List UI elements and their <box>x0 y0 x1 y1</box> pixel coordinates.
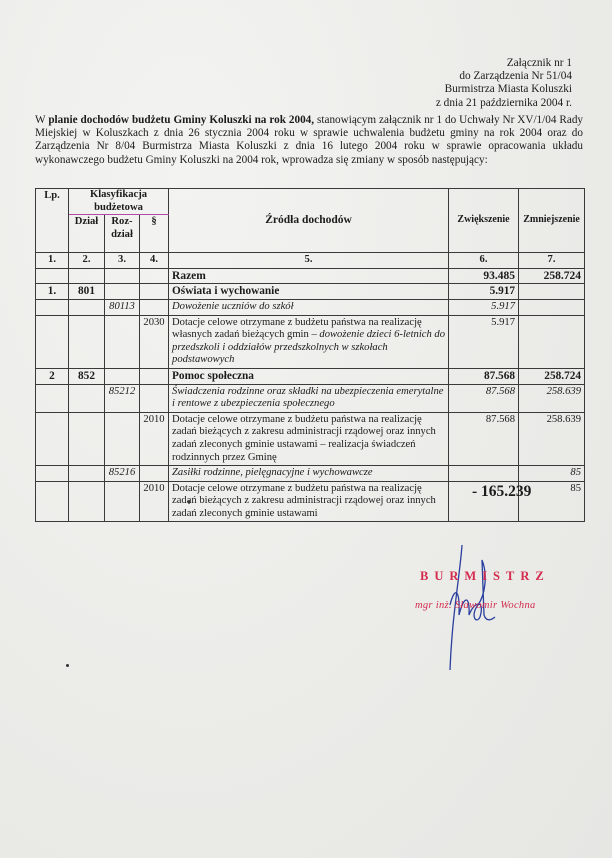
cell-dzial <box>69 384 105 412</box>
cell-lp: 2 <box>36 368 69 384</box>
scan-speck <box>66 664 69 667</box>
cell-rozdzial <box>105 481 140 522</box>
attachment-line-3: Burmistrza Miasta Koluszki <box>436 83 572 96</box>
cell-dzial: 801 <box>69 284 105 300</box>
cell-zmniejszenie <box>519 315 585 368</box>
cell-lp <box>36 412 69 465</box>
table-row-subsection: 85212Świadczenia rodzinne oraz składki n… <box>36 384 585 412</box>
cell-lp <box>36 384 69 412</box>
total-row: Razem 93.485 258.724 <box>36 268 585 284</box>
table-row-subsection: 80113Dowożenie uczniów do szkół5.917 <box>36 299 585 315</box>
cell-zwiekszenie: 5.917 <box>449 315 519 368</box>
stamp-title: BURMISTRZ <box>420 569 550 584</box>
table-row-section: 2852Pomoc społeczna87.568258.724 <box>36 368 585 384</box>
cell-dzial <box>69 466 105 482</box>
header-lp: Lp. <box>36 189 69 253</box>
cell-zwiekszenie: 87.568 <box>449 368 519 384</box>
cell-rozdzial: 85216 <box>105 466 140 482</box>
header-zrodla: Źródła dochodów <box>169 189 449 253</box>
colnum: 3. <box>105 253 140 269</box>
table-row-item: 2010Dotacje celowe otrzymane z budżetu p… <box>36 412 585 465</box>
cell-rozdzial <box>105 284 140 300</box>
attachment-header: Załącznik nr 1 do Zarządzenia Nr 51/04 B… <box>436 57 572 110</box>
header-rozdzial: Roz-dział <box>105 215 140 253</box>
cell-rozdzial <box>105 368 140 384</box>
cell-zmniejszenie <box>519 284 585 300</box>
cell-zwiekszenie: 5.917 <box>449 284 519 300</box>
cell-lp: 1. <box>36 284 69 300</box>
colnum: 5. <box>169 253 449 269</box>
cell-dzial <box>69 481 105 522</box>
cell-paragraf: 2010 <box>140 481 169 522</box>
colnum: 6. <box>449 253 519 269</box>
colnum: 7. <box>519 253 585 269</box>
budget-changes-table: Lp. Klasyfikacja budżetowa Źródła dochod… <box>35 188 585 522</box>
opis-text: Świadczenia rodzinne oraz składki na ube… <box>172 386 443 410</box>
cell-opis: Dowożenie uczniów do szkół <box>169 299 449 315</box>
total-zmniejszenie: 258.724 <box>519 268 585 284</box>
cell-paragraf: 2010 <box>140 412 169 465</box>
opis-text: Dotacje celowe otrzymane z budżetu państ… <box>172 414 436 463</box>
cell-paragraf <box>140 384 169 412</box>
opis-text: Zasiłki rodzinne, pielęgnacyjne i wychow… <box>172 467 373 478</box>
cell-opis: Dotacje celowe otrzymane z budżetu państ… <box>169 481 449 522</box>
table-row-section: 1.801Oświata i wychowanie5.917 <box>36 284 585 300</box>
cell-rozdzial: 80113 <box>105 299 140 315</box>
intro-prefix: W <box>35 114 48 126</box>
cell-zwiekszenie: 87.568 <box>449 384 519 412</box>
cell-rozdzial <box>105 412 140 465</box>
header-klasyfikacja: Klasyfikacja budżetowa <box>69 189 169 215</box>
cell-lp <box>36 466 69 482</box>
cell-opis: Pomoc społeczna <box>169 368 449 384</box>
cell-dzial <box>69 412 105 465</box>
cell-lp <box>36 481 69 522</box>
colnum: 1. <box>36 253 69 269</box>
cell-paragraf <box>140 284 169 300</box>
opis-text: Dotacje celowe otrzymane z budżetu państ… <box>172 483 436 519</box>
cell-zmniejszenie <box>519 299 585 315</box>
cell-opis: Świadczenia rodzinne oraz składki na ube… <box>169 384 449 412</box>
total-zwiekszenie: 93.485 <box>449 268 519 284</box>
table-row-subsection: 85216Zasiłki rodzinne, pielęgnacyjne i w… <box>36 466 585 482</box>
header-dzial: Dział <box>69 215 105 253</box>
cell-zwiekszenie: 5.917 <box>449 299 519 315</box>
cell-paragraf <box>140 368 169 384</box>
total-label: Razem <box>169 268 449 284</box>
cell-rozdzial <box>105 315 140 368</box>
cell-zmniejszenie: 258.724 <box>519 368 585 384</box>
cell-dzial: 852 <box>69 368 105 384</box>
attachment-line-1: Załącznik nr 1 <box>436 57 572 70</box>
cell-opis: Zasiłki rodzinne, pielęgnacyjne i wychow… <box>169 466 449 482</box>
cell-opis: Oświata i wychowanie <box>169 284 449 300</box>
cell-zmniejszenie: 258.639 <box>519 412 585 465</box>
header-zwiekszenie: Zwiększenie <box>449 189 519 253</box>
scan-speck <box>188 500 190 504</box>
cell-dzial <box>69 315 105 368</box>
opis-text: Dowożenie uczniów do szkół <box>172 301 294 312</box>
cell-zwiekszenie: 87.568 <box>449 412 519 465</box>
attachment-line-4: z dnia 21 października 2004 r. <box>436 97 572 110</box>
cell-zwiekszenie <box>449 466 519 482</box>
intro-paragraph: W planie dochodów budżetu Gminy Koluszki… <box>35 114 583 167</box>
cell-lp <box>36 299 69 315</box>
cell-opis: Dotacje celowe otrzymane z budżetu państ… <box>169 315 449 368</box>
opis-text: Oświata i wychowanie <box>172 285 279 297</box>
intro-bold: planie dochodów budżetu Gminy Koluszki n… <box>48 114 314 126</box>
table-row-item: 2030Dotacje celowe otrzymane z budżetu p… <box>36 315 585 368</box>
cell-paragraf: 2030 <box>140 315 169 368</box>
net-change-total: - 165.239 <box>472 483 531 501</box>
column-number-row: 1. 2. 3. 4. 5. 6. 7. <box>36 253 585 269</box>
cell-rozdzial: 85212 <box>105 384 140 412</box>
header-paragraf: § <box>140 215 169 253</box>
attachment-line-2: do Zarządzenia Nr 51/04 <box>436 70 572 83</box>
cell-paragraf <box>140 299 169 315</box>
cell-paragraf <box>140 466 169 482</box>
stamp-name: mgr inż. Sławomir Wochna <box>415 600 536 611</box>
cell-zmniejszenie: 85 <box>519 466 585 482</box>
cell-dzial <box>69 299 105 315</box>
cell-lp <box>36 315 69 368</box>
cell-opis: Dotacje celowe otrzymane z budżetu państ… <box>169 412 449 465</box>
colnum: 2. <box>69 253 105 269</box>
cell-zmniejszenie: 258.639 <box>519 384 585 412</box>
header-zmniejszenie: Zmniejszenie <box>519 189 585 253</box>
opis-text: Pomoc społeczna <box>172 370 254 382</box>
colnum: 4. <box>140 253 169 269</box>
